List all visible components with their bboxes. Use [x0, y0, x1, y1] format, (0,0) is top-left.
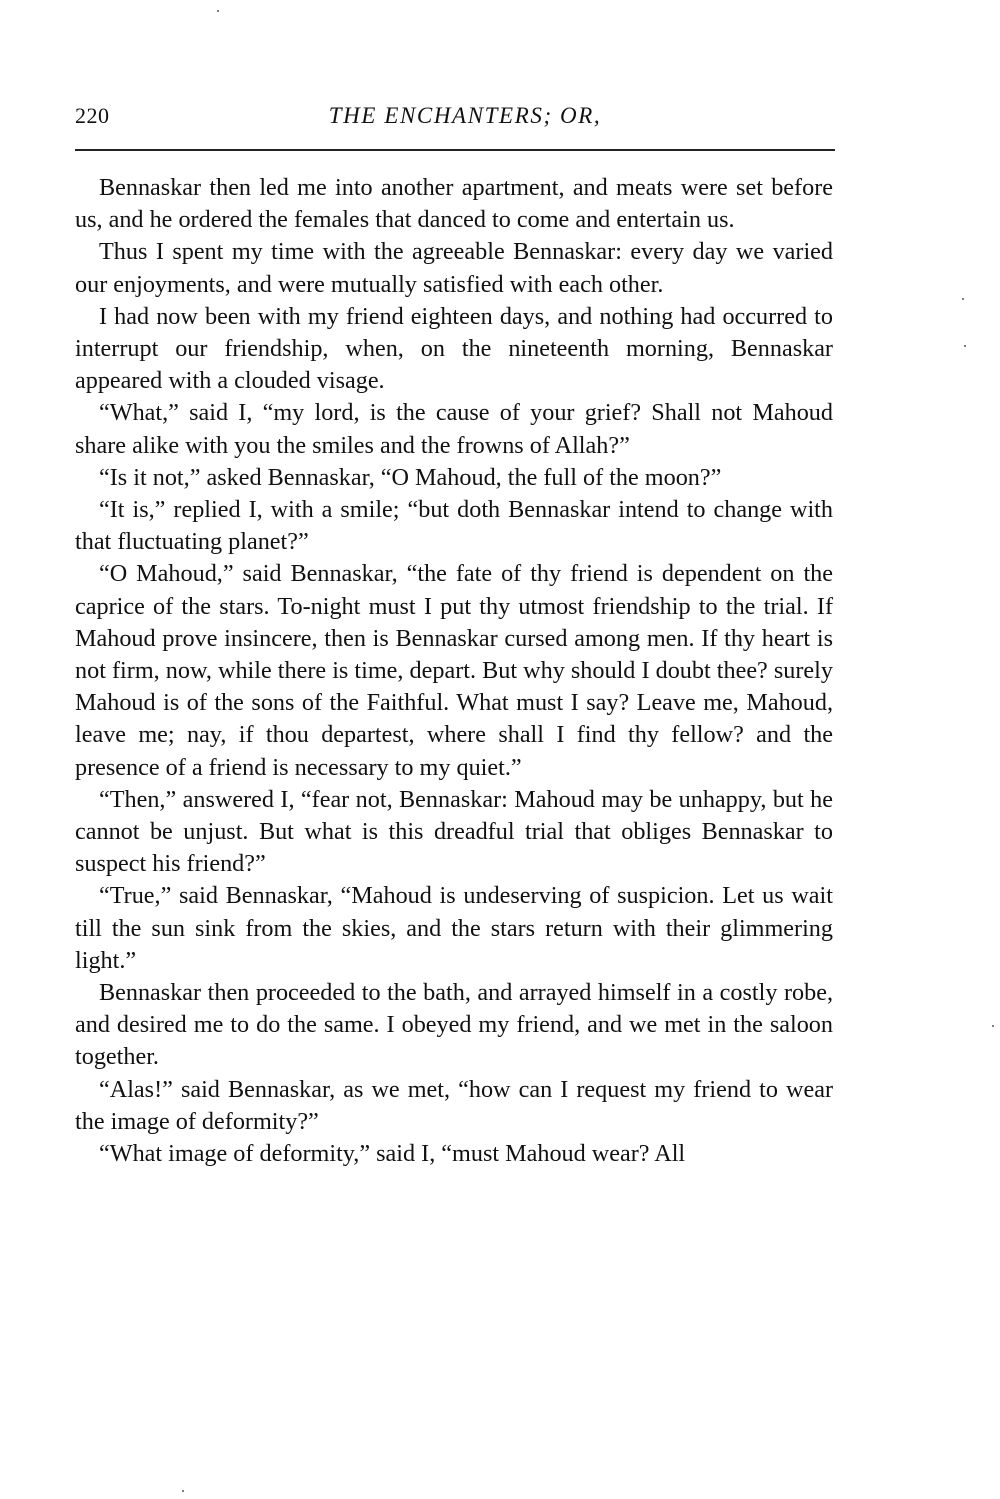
- book-page: 220 THE ENCHANTERS; OR, Bennaskar then l…: [0, 0, 1000, 1499]
- paragraph: “Is it not,” asked Bennaskar, “O Mahoud,…: [75, 462, 833, 494]
- scan-speck: [182, 1490, 184, 1492]
- body-text: Bennaskar then led me into another apart…: [75, 172, 833, 1170]
- header-rule: [75, 149, 835, 151]
- paragraph: Thus I spent my time with the agreeable …: [75, 236, 833, 300]
- paragraph: “What,” said I, “my lord, is the cause o…: [75, 397, 833, 461]
- paragraph: “Then,” answered I, “fear not, Bennaskar…: [75, 784, 833, 881]
- scan-speck: [830, 253, 832, 255]
- running-title: THE ENCHANTERS; OR,: [75, 103, 835, 129]
- running-head: 220 THE ENCHANTERS; OR,: [75, 103, 835, 133]
- paragraph: “O Mahoud,” said Bennaskar, “the fate of…: [75, 558, 833, 783]
- scan-speck: [992, 1025, 994, 1027]
- scan-speck: [217, 10, 219, 12]
- scan-speck: [964, 345, 966, 347]
- scan-speck: [962, 298, 964, 300]
- paragraph: Bennaskar then proceeded to the bath, an…: [75, 977, 833, 1074]
- paragraph: I had now been with my friend eighteen d…: [75, 301, 833, 398]
- paragraph: “It is,” replied I, with a smile; “but d…: [75, 494, 833, 558]
- paragraph: “True,” said Bennaskar, “Mahoud is undes…: [75, 880, 833, 977]
- paragraph: “What image of deformity,” said I, “must…: [75, 1138, 833, 1170]
- paragraph: “Alas!” said Bennaskar, as we met, “how …: [75, 1074, 833, 1138]
- paragraph: Bennaskar then led me into another apart…: [75, 172, 833, 236]
